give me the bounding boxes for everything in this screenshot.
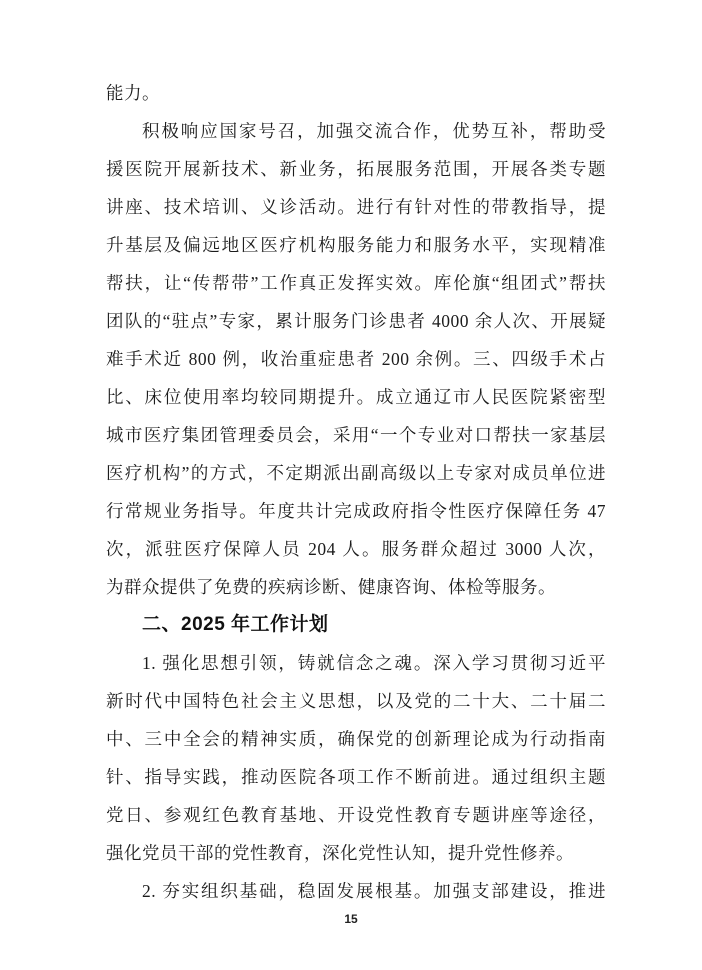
document-page: 能力。 积极响应国家号召，加强交流合作，优势互补，帮助受 援医院开展新技术、新业…	[0, 0, 702, 970]
text-line: 团队的“驻点”专家，累计服务门诊患者 4000 余人次、开展疑	[106, 302, 606, 340]
text-line: 中、三中全会的精神实质，确保党的创新理论成为行动指南	[106, 720, 606, 758]
text-line: 升基层及偏远地区医疗机构服务能力和服务水平，实现精准	[106, 226, 606, 264]
text-line: 医疗机构”的方式，不定期派出副高级以上专家对成员单位进	[106, 454, 606, 492]
text-line: 为群众提供了免费的疾病诊断、健康咨询、体检等服务。	[106, 568, 606, 606]
text-block: 能力。 积极响应国家号召，加强交流合作，优势互补，帮助受 援医院开展新技术、新业…	[106, 74, 606, 910]
section-heading-2025-work-plan: 二、2025 年工作计划	[106, 606, 606, 644]
text-line: 2. 夯实组织基础，稳固发展根基。加强支部建设，推进	[106, 872, 606, 910]
text-line: 针、指导实践，推动医院各项工作不断前进。通过组织主题	[106, 758, 606, 796]
text-line: 积极响应国家号召，加强交流合作，优势互补，帮助受	[106, 112, 606, 150]
text-line: 城市医疗集团管理委员会，采用“一个专业对口帮扶一家基层	[106, 416, 606, 454]
text-line: 次，派驻医疗保障人员 204 人。服务群众超过 3000 人次，	[106, 530, 606, 568]
text-line: 能力。	[106, 74, 606, 112]
page-number: 15	[0, 912, 702, 926]
text-line: 行常规业务指导。年度共计完成政府指令性医疗保障任务 47	[106, 492, 606, 530]
text-line: 帮扶，让“传帮带”工作真正发挥实效。库伦旗“组团式”帮扶	[106, 264, 606, 302]
text-line: 难手术近 800 例，收治重症患者 200 余例。三、四级手术占	[106, 340, 606, 378]
text-line: 比、床位使用率均较同期提升。成立通辽市人民医院紧密型	[106, 378, 606, 416]
text-line: 1. 强化思想引领，铸就信念之魂。深入学习贯彻习近平	[106, 644, 606, 682]
text-line: 援医院开展新技术、新业务，拓展服务范围，开展各类专题	[106, 150, 606, 188]
text-line: 党日、参观红色教育基地、开设党性教育专题讲座等途径，	[106, 796, 606, 834]
text-line: 强化党员干部的党性教育，深化党性认知，提升党性修养。	[106, 834, 606, 872]
text-line: 讲座、技术培训、义诊活动。进行有针对性的带教指导，提	[106, 188, 606, 226]
text-line: 新时代中国特色社会主义思想，以及党的二十大、二十届二	[106, 682, 606, 720]
